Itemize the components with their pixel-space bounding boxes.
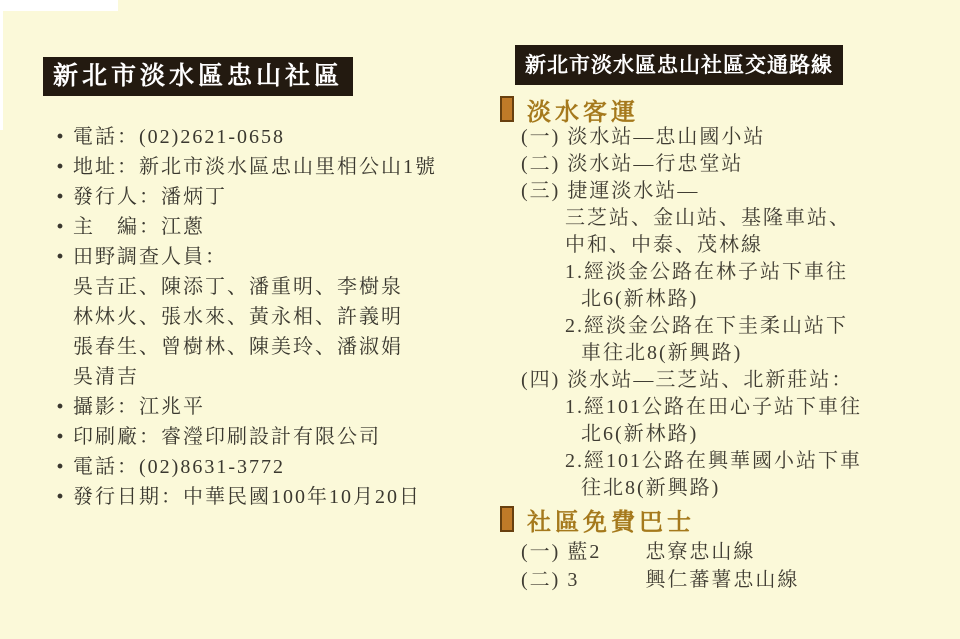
route-sub-item: 1.經淡金公路在林子站下車往 (565, 259, 955, 286)
route-line: (四) 淡水站—三芝站、北新莊站： (521, 367, 955, 394)
bus-company-route-list: (一) 淡水站—忠山國小站 (二) 淡水站—行忠堂站 (三) 捷運淡水站— 三芝… (500, 124, 955, 502)
left-panel-title-box: 新北市淡水區忠山社區 (43, 57, 353, 96)
scan-edge-artifact-left (0, 0, 3, 130)
route-sub-item-continuation: 往北8(新興路) (581, 475, 955, 502)
info-line-text: 田野調查人員： (73, 246, 227, 268)
info-line-text: 印刷廠：睿瀅印刷設計有限公司 (73, 426, 381, 448)
info-line-text: 發行人：潘炳丁 (73, 186, 227, 208)
info-line-text: 電話：(02)2621-0658 (73, 126, 285, 148)
route-line: (一) 淡水站—忠山國小站 (521, 124, 955, 151)
info-line-publisher: · 發行人：潘炳丁 (43, 182, 473, 212)
info-line-text: 主 編：江蔥 (73, 216, 205, 238)
info-line-printer: · 印刷廠：睿瀅印刷設計有限公司 (43, 422, 473, 452)
info-line-text: 林炑火、張水來、黃永相、許義明 (73, 306, 403, 328)
route-line: (二) 淡水站—行忠堂站 (521, 151, 955, 178)
info-line-investigator-names-4: 吳清吉 (43, 362, 473, 392)
route-sub-item: 2.經淡金公路在下圭柔山站下 (565, 313, 955, 340)
info-line-text: 發行日期：中華民國100年10月20日 (73, 486, 421, 508)
transportation-routes-panel: 新北市淡水區忠山社區交通路線 淡水客運 (一) 淡水站—忠山國小站 (二) 淡水… (500, 45, 955, 594)
bullet-icon: · (55, 212, 65, 242)
section-heading-bus-company: 淡水客運 (500, 94, 955, 124)
info-line-printer-phone: · 電話：(02)8631-3772 (43, 452, 473, 482)
route-sub-item-continuation: 北6(新林路) (581, 421, 955, 448)
route-sub-item: 2.經101公路在興華國小站下車 (565, 448, 955, 475)
info-line-text: 電話：(02)8631-3772 (73, 456, 285, 478)
info-line-text: 攝影：江兆平 (73, 396, 205, 418)
bullet-icon: · (55, 392, 65, 422)
section-heading-free-shuttle: 社區免費巴士 (500, 504, 955, 534)
section-bar-icon (500, 506, 514, 532)
route-line: (二) 3 興仁蕃薯忠山線 (521, 566, 955, 594)
left-panel-title: 新北市淡水區忠山社區 (53, 63, 343, 90)
section-heading-text: 淡水客運 (527, 92, 639, 127)
route-sub-item-continuation: 車往北8(新興路) (581, 340, 955, 367)
route-sub-item: 1.經101公路在田心子站下車往 (565, 394, 955, 421)
info-line-photographer: · 攝影：江兆平 (43, 392, 473, 422)
info-line-publish-date: · 發行日期：中華民國100年10月20日 (43, 482, 473, 512)
bullet-icon: · (55, 482, 65, 512)
info-line-investigator-names-2: 林炑火、張水來、黃永相、許義明 (43, 302, 473, 332)
info-line-phone: · 電話：(02)2621-0658 (43, 122, 473, 152)
section-bar-icon (500, 96, 514, 122)
info-line-text: 吳清吉 (73, 366, 139, 388)
info-line-investigator-names-3: 張春生、曾樹林、陳美玲、潘淑娟 (43, 332, 473, 362)
bullet-icon: · (55, 242, 65, 272)
info-line-text: 地址：新北市淡水區忠山里相公山1號 (73, 156, 437, 178)
scan-edge-artifact-top (0, 0, 118, 11)
bullet-icon: · (55, 152, 65, 182)
route-line: (一) 藍2 忠寮忠山線 (521, 538, 955, 566)
bullet-icon: · (55, 422, 65, 452)
route-line-continuation: 中和、中泰、茂林線 (565, 232, 955, 259)
scanned-pamphlet-page: { "page": { "background": "#fbf9d9", "sc… (0, 0, 960, 639)
info-line-editor: · 主 編：江蔥 (43, 212, 473, 242)
section-heading-text: 社區免費巴士 (527, 502, 695, 537)
bullet-icon: · (55, 182, 65, 212)
right-panel-title: 新北市淡水區忠山社區交通路線 (525, 53, 833, 77)
right-panel-title-box: 新北市淡水區忠山社區交通路線 (515, 45, 843, 85)
info-line-text: 張春生、曾樹林、陳美玲、潘淑娟 (73, 336, 403, 358)
route-line: (三) 捷運淡水站— (521, 178, 955, 205)
route-line-continuation: 三芝站、金山站、基隆車站、 (565, 205, 955, 232)
info-line-text: 吳吉正、陳添丁、潘重明、李樹泉 (73, 276, 403, 298)
bullet-icon: · (55, 122, 65, 152)
free-shuttle-route-list: (一) 藍2 忠寮忠山線 (二) 3 興仁蕃薯忠山線 (500, 538, 955, 594)
info-line-investigator-names-1: 吳吉正、陳添丁、潘重明、李樹泉 (43, 272, 473, 302)
info-line-address: · 地址：新北市淡水區忠山里相公山1號 (43, 152, 473, 182)
publication-info-panel: 新北市淡水區忠山社區 · 電話：(02)2621-0658 · 地址：新北市淡水… (43, 57, 473, 512)
route-sub-item-continuation: 北6(新林路) (581, 286, 955, 313)
bullet-icon: · (55, 452, 65, 482)
publication-info-list: · 電話：(02)2621-0658 · 地址：新北市淡水區忠山里相公山1號 ·… (43, 122, 473, 512)
info-line-field-investigators: · 田野調查人員： (43, 242, 473, 272)
